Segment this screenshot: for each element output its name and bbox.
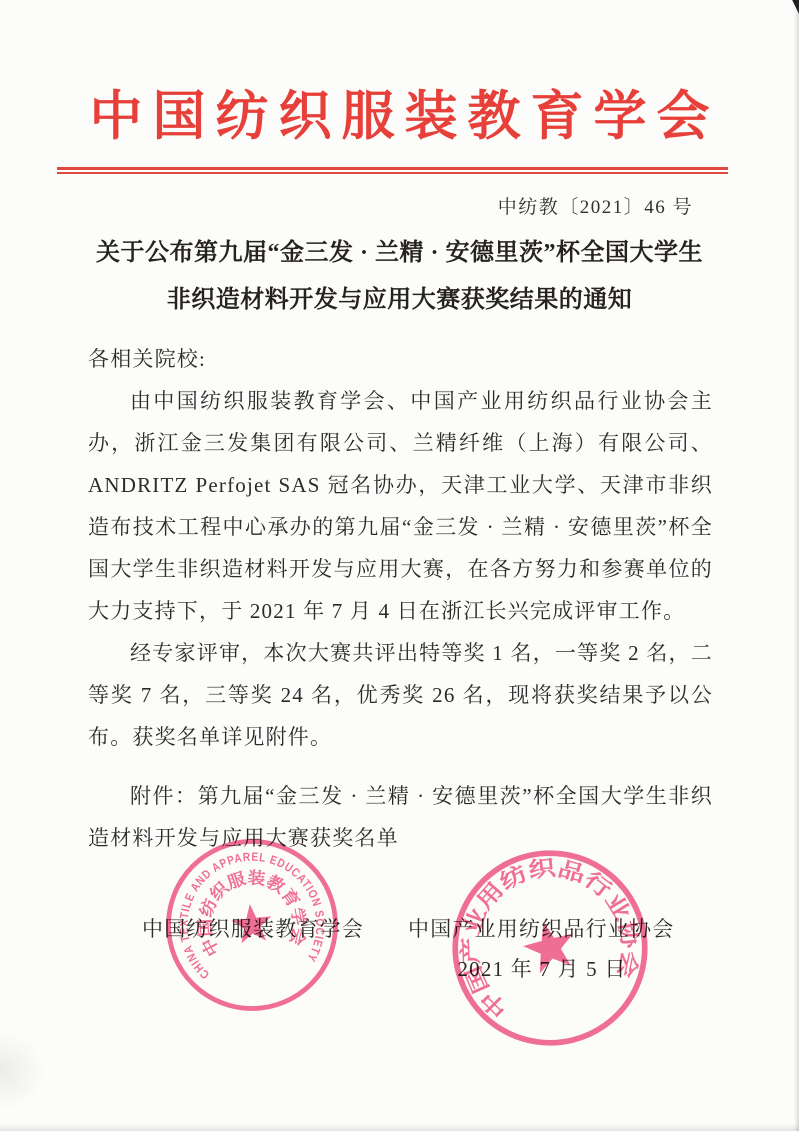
scan-smudge — [0, 1031, 46, 1111]
stamp-education-society: CHINA TEXTILE AND APPAREL EDUCATION SOCI… — [146, 819, 357, 1030]
notice-body: 各相关院校: 由中国纺织服装教育学会、中国产业用纺织品行业协会主办，浙江金三发集… — [88, 338, 713, 859]
scan-edge-shadow-right — [794, 0, 799, 1131]
scan-edge-shadow-bottom — [0, 1124, 799, 1131]
body-paragraph-1: 由中国纺织服装教育学会、中国产业用纺织品行业协会主办，浙江金三发集团有限公司、兰… — [88, 380, 713, 632]
notice-title-line1: 关于公布第九届“金三发 · 兰精 · 安德里茨”杯全国大学生 — [40, 230, 759, 277]
letterhead-title: 中国纺织服装教育学会 — [0, 74, 799, 150]
red-divider-line — [57, 167, 728, 174]
document-number: 中纺教〔2021〕46 号 — [498, 192, 693, 219]
salutation: 各相关院校: — [88, 338, 713, 380]
body-paragraph-2: 经专家评审，本次大赛共评出特等奖 1 名，一等奖 2 名，二等奖 7 名，三等奖… — [88, 632, 713, 758]
notice-title-line2: 非织造材料开发与应用大赛获奖结果的通知 — [40, 277, 759, 324]
stamp-industry-association: 中国产业用纺织品行业协会 — [425, 823, 675, 1073]
star-icon — [518, 915, 580, 975]
scanned-notice-page: 中国纺织服装教育学会 中纺教〔2021〕46 号 关于公布第九届“金三发 · 兰… — [0, 0, 799, 1131]
notice-title: 关于公布第九届“金三发 · 兰精 · 安德里茨”杯全国大学生 非织造材料开发与应… — [40, 230, 759, 324]
star-icon — [230, 902, 274, 944]
